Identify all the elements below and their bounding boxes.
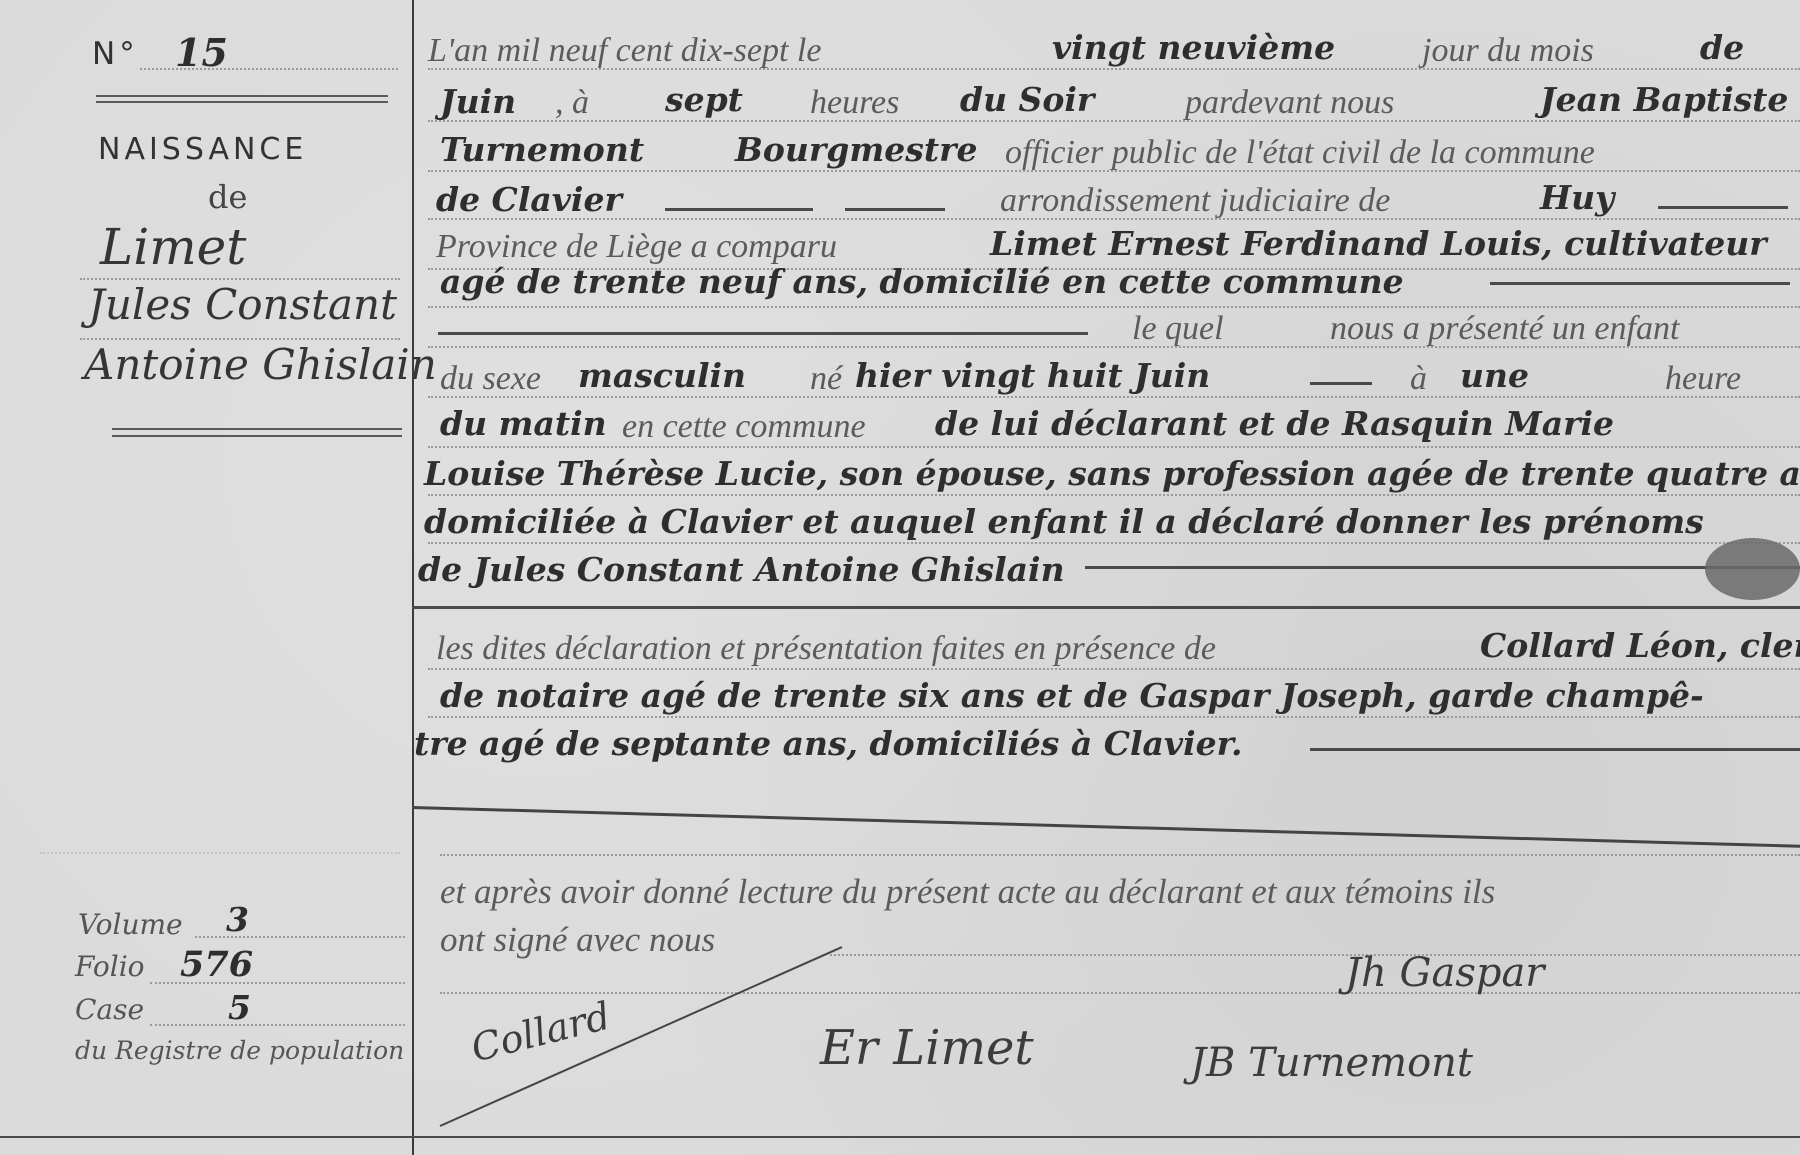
surname: Limet [100, 218, 246, 276]
margin-divider [412, 0, 414, 1155]
dotted-line [428, 494, 1800, 496]
month: Juin [440, 82, 516, 121]
child-given-names: de Jules Constant Antoine Ghislain [418, 550, 1065, 589]
dotted-line [428, 68, 1800, 70]
body-text: jour du mois [1422, 32, 1594, 70]
body-text: L'an mil neuf cent dix-sept le [428, 32, 821, 70]
sex: masculin [578, 356, 746, 395]
dotted-line [428, 346, 1800, 348]
officer-title: Bourgmestre [735, 130, 977, 169]
witness-details: de notaire agé de trente six ans et de G… [440, 676, 1704, 715]
time-of-day: du Soir [960, 80, 1094, 119]
filler-stroke [1658, 206, 1788, 209]
margin-double-rule-4 [112, 435, 402, 437]
body-text: du sexe [440, 360, 541, 398]
body-text: arrondissement judiciaire de [1000, 182, 1390, 220]
mother-details: Louise Thérèse Lucie, son épouse, sans p… [424, 454, 1800, 493]
folio-value: 576 [180, 944, 253, 985]
given-names-1: Jules Constant [88, 280, 397, 329]
filler-stroke [1490, 282, 1790, 285]
filler-stroke [438, 332, 1088, 335]
date-day: vingt neuvième [1052, 28, 1335, 67]
dotted-line [40, 852, 400, 854]
dotted-line [440, 992, 1800, 994]
dotted-line [428, 446, 1800, 448]
body-text: heure [1665, 360, 1741, 398]
de-label: de [208, 178, 247, 216]
officer-first-name: Jean Baptiste [1540, 80, 1788, 119]
diagonal-strike [412, 806, 1800, 848]
body-text: ont signé avec nous [440, 920, 715, 960]
hour: sept [665, 80, 743, 119]
filler-stroke [845, 208, 945, 211]
commune: de Clavier [436, 180, 622, 219]
ink-blot [1705, 538, 1800, 600]
dotted-line [428, 396, 1800, 398]
birth-time-of-day: du matin [440, 404, 607, 443]
filler-stroke [1310, 382, 1372, 385]
dotted-line [428, 218, 1800, 220]
margin-double-rule-3 [112, 428, 402, 430]
signature-officer: JB Turnemont [1190, 1040, 1473, 1086]
birth-date: hier vingt huit Juin [855, 356, 1210, 395]
dotted-line [440, 854, 1800, 856]
dotted-line [830, 954, 1800, 956]
given-names-declaration: domiciliée à Clavier et auquel enfant il… [424, 502, 1704, 541]
body-hand: de [1700, 28, 1744, 67]
dotted-line [428, 120, 1800, 122]
arrondissement: Huy [1540, 178, 1614, 217]
act-type: NAISSANCE [98, 132, 307, 167]
registry-label: du Registre de population [75, 1036, 404, 1065]
case-label: Case [75, 993, 144, 1026]
officer-surname: Turnemont [440, 130, 644, 169]
dotted-line [150, 1024, 405, 1026]
dotted-line [428, 306, 1800, 308]
dotted-line [428, 542, 1800, 544]
case-value: 5 [228, 988, 251, 1027]
filler-stroke [1310, 748, 1800, 751]
witness-1: Collard Léon, clerc [1480, 626, 1800, 665]
body-text: en cette commune [622, 408, 866, 446]
register-page: N° 15 NAISSANCE de Limet Jules Constant … [0, 0, 1800, 1155]
body-text: né [810, 360, 842, 398]
filler-stroke [1085, 566, 1800, 569]
body-text: nous a présenté un enfant [1330, 310, 1679, 348]
body-text: le quel [1132, 310, 1224, 348]
witness-details-2: tre agé de septante ans, domiciliés à Cl… [414, 724, 1242, 763]
signature-witness-2: Jh Gaspar [1345, 950, 1544, 996]
volume-value: 3 [226, 900, 249, 939]
body-text: , à [555, 84, 589, 122]
declarant-details: agé de trente neuf ans, domicilié en cet… [440, 262, 1404, 301]
section-rule [412, 606, 1800, 609]
body-text: officier public de l'état civil de la co… [1005, 134, 1595, 172]
declarant: Limet Ernest Ferdinand Louis, cultivateu… [990, 224, 1767, 263]
body-text: heures [810, 84, 899, 122]
margin-double-rule [96, 95, 388, 97]
folio-label: Folio [75, 950, 145, 983]
dotted-line [428, 716, 1800, 718]
number-label: N° [92, 36, 139, 72]
dotted-line [428, 170, 1800, 172]
filler-stroke [665, 208, 813, 211]
mother-name: de lui déclarant et de Rasquin Marie [935, 404, 1614, 443]
birth-hour: une [1460, 356, 1529, 395]
body-text: Province de Liège a comparu [436, 228, 837, 266]
number-dotted-line [140, 68, 398, 70]
dotted-line [150, 982, 405, 984]
volume-label: Volume [78, 908, 183, 941]
body-text: et après avoir donné lecture du présent … [440, 872, 1495, 912]
dotted-line [428, 668, 1800, 670]
signature-declarant: Er Limet [820, 1020, 1034, 1076]
given-names-2: Antoine Ghislain [84, 340, 437, 389]
body-text: à [1410, 360, 1427, 398]
body-text: les dites déclaration et présentation fa… [436, 630, 1216, 668]
dotted-line [195, 936, 405, 938]
body-text: pardevant nous [1185, 84, 1394, 122]
margin-double-rule-2 [96, 101, 388, 103]
bottom-rule [0, 1136, 1800, 1138]
